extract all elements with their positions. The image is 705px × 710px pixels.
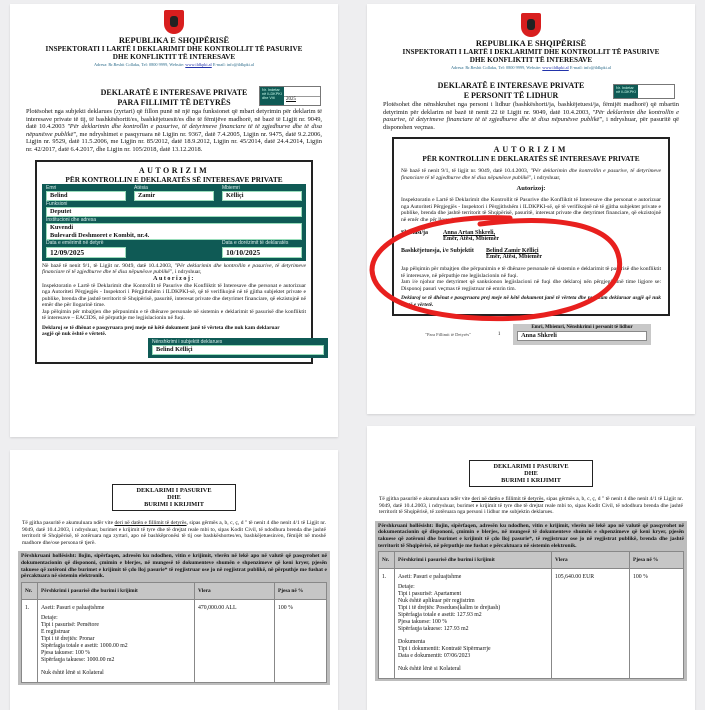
address-line: Adresa: Rr.Reshit Collaku, Tel: 0800 999… — [26, 61, 322, 68]
left-column: REPUBLIKA E SHQIPËRISË INSPEKTORATI I LA… — [3, 0, 345, 710]
registry-number-field[interactable] — [284, 87, 320, 97]
document-header: REPUBLIKA E SHQIPËRISË INSPEKTORATI I LA… — [383, 13, 679, 71]
registry-number-box: Nr. Indetar në ILDKPKI — [613, 84, 675, 99]
legal-basis: Në bazë të nenit 9/1, të ligjit nr. 9049… — [401, 168, 661, 181]
assets-section: Përshkruani hollësisht: llojin, sipërfaq… — [18, 551, 330, 684]
intro-paragraph: Plotësohet nga subjekti deklarues (zyrta… — [26, 108, 322, 154]
website-link[interactable]: www.ildkpki.al — [185, 62, 211, 67]
document-header: REPUBLIKA E SHQIPËRISË INSPEKTORATI I LA… — [26, 10, 322, 68]
personal-info-panel: EmriBelind AtësiaZamir MbiemriKëlliçi Fu… — [42, 184, 306, 261]
page-footer: "Para Fillimit të Detyrës" 1 Emri, Mbiem… — [383, 324, 679, 345]
inspectorate-title-2: DHE KONFLIKTIT TË INTERESAVE — [26, 53, 322, 61]
table-row: 1. Aseti: Pasuri e paluajtshme Detaje: T… — [22, 599, 327, 682]
name-field[interactable]: Belind — [46, 191, 126, 201]
republic-title: REPUBLIKA E SHQIPËRISË — [26, 36, 322, 45]
function-field[interactable]: Deputet — [46, 207, 302, 217]
appointment-date-field[interactable]: 12/09/2025 — [46, 247, 126, 258]
inspectorate-title-1: INSPEKTORATI I LARTË I DEKLARIMIT DHE KO… — [26, 45, 322, 53]
submission-date-field[interactable]: 10/10/2025 — [222, 247, 302, 258]
surname-field[interactable]: Këlliçi — [222, 191, 302, 201]
assets-page-subject: DEKLARIMI I PASURIVEDHEBURIMI I KRIJIMIT… — [10, 450, 338, 710]
declaration-statement: Deklaroj se të dhënat e pasqyruara prej … — [42, 325, 280, 338]
signature-field[interactable]: Belind Këlliçi — [152, 345, 324, 355]
albania-emblem-icon — [164, 10, 184, 34]
assets-intro: Të gjitha pasuritë e akumuluara ndër vit… — [379, 496, 683, 516]
intro-paragraph: Plotësohet dhe nënshkruhet nga personi i… — [383, 101, 679, 131]
registry-year-field[interactable]: 2025 — [284, 97, 320, 106]
right-column: REPUBLIKA E SHQIPËRISË INSPEKTORATI I LA… — [360, 0, 702, 710]
institution-field[interactable]: KuvendiBulevardi Deshmoret e Kombit, nr.… — [46, 223, 302, 240]
authorization-box: AUTORIZIM PËR KONTROLLIN E DEKLARATËS SË… — [35, 160, 313, 364]
registry-number-field[interactable] — [638, 85, 674, 98]
albania-emblem-icon — [521, 13, 541, 37]
signature-panel: Emri, Mbiemri, Nënshkrimi i personit të … — [513, 324, 651, 345]
registry-number-box: Nr. Indetar në ILDKPKI dhe Viti 2025 — [259, 86, 321, 106]
authorize-heading: Autorizoj: — [42, 276, 306, 283]
signature-field[interactable]: Anna Shkreli — [517, 331, 647, 341]
authorization-title: AUTORIZIM — [42, 166, 306, 175]
father-name-field[interactable]: Zamir — [134, 191, 214, 201]
authorization-subtitle: PËR KONTROLLIN E DEKLARATËS SË INTERESAV… — [42, 175, 306, 184]
assets-table: Nr. Përshkrimi i pasurisë dhe burimi i k… — [21, 582, 327, 683]
related-person-row: Shtetasi/ja Anna Artan Shkreli,Emër, Atë… — [401, 230, 661, 242]
assets-instructions: Përshkruani hollësisht: llojin, sipërfaq… — [21, 553, 327, 579]
declaration-page-before-duty: REPUBLIKA E SHQIPËRISË INSPEKTORATI I LA… — [10, 4, 338, 437]
consent-text: Jap pëlqimin për mbajtjen dhe përpunimin… — [42, 309, 306, 322]
table-row: 1. Aseti: Pasuri e paluajtshme Detaje: T… — [379, 569, 684, 679]
subject-row: Bashkëjetuesja, i/e Subjektit Belind Zam… — [401, 248, 661, 260]
assets-section: Përshkruani hollësisht: llojin, sipërfaq… — [375, 521, 687, 681]
legal-basis: Në bazë të nenit 9/1, të Ligjit nr. 9049… — [42, 263, 306, 276]
page-number: 1 — [485, 332, 513, 337]
signature-panel: Nënshkrimi i subjektit deklarues Belind … — [148, 338, 328, 358]
website-link[interactable]: www.ildkpki.al — [542, 65, 568, 70]
assets-box-title: DEKLARIMI I PASURIVEDHEBURIMI I KRIJIMIT — [112, 484, 236, 511]
authorize-text: Inspektoratin e Lartë të Deklarimit dhe … — [42, 283, 306, 309]
declaration-page-related-person: REPUBLIKA E SHQIPËRISË INSPEKTORATI I LA… — [367, 4, 695, 414]
assets-intro: Të gjitha pasuritë e akumuluara ndër vit… — [22, 520, 326, 546]
assets-table: Nr. Përshkrimi i pasurisë dhe burimi i k… — [378, 551, 684, 679]
assets-page-related-person: DEKLARIMI I PASURIVEDHEBURIMI I KRIJIMIT… — [367, 426, 695, 710]
authorization-box: AUTORIZIM PËR KONTROLLIN E DEKLARATËS SË… — [392, 137, 670, 316]
